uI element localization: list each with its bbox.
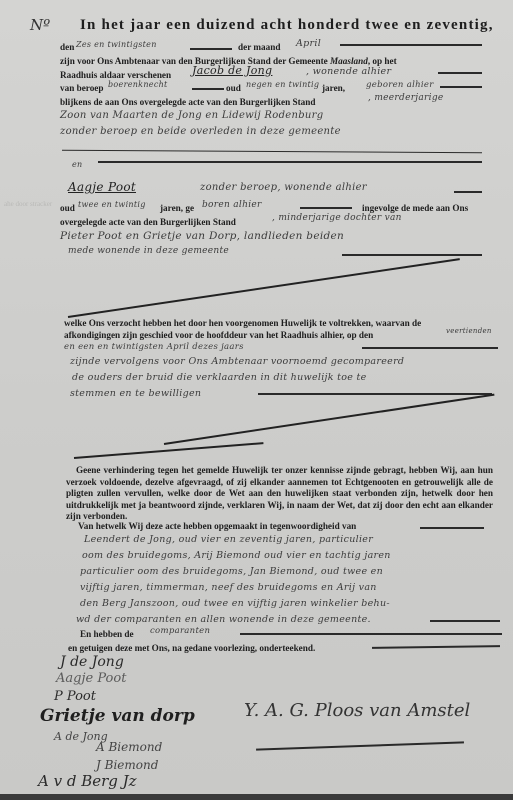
bride-age-label: oud <box>60 203 75 214</box>
fill-rule <box>430 620 500 622</box>
age-label: oud <box>226 83 241 94</box>
bride-name: Aagje Poot <box>68 180 136 194</box>
bride-years-label: jaren, ge <box>160 203 194 214</box>
day-label: den <box>60 42 74 53</box>
witness-line-3: particulier oom des bruidegoms, Jan Biem… <box>80 566 383 577</box>
groom-birthplace: geboren alhier <box>366 80 434 90</box>
request-line-2: afkondigingen zijn geschied voor de hoof… <box>64 330 373 341</box>
groom-name: Jacob de Jong <box>192 64 272 77</box>
signature-witness-2: A Biemond <box>96 740 162 754</box>
signature-underline <box>256 741 464 750</box>
bride-birthplace: boren alhier <box>202 200 262 210</box>
fill-rule <box>98 161 482 163</box>
fill-rule <box>454 191 482 193</box>
blank-strike-line <box>164 394 495 445</box>
groom-age: negen en twintig <box>246 80 319 89</box>
closing-line-1: En hebben de <box>80 629 134 640</box>
document-page: ahe door stracker Nº In het jaar een dui… <box>0 0 513 800</box>
groom-parents: Zoon van Maarten de Jong en Lidewij Rode… <box>60 110 323 121</box>
witness-line-4: vijftig jaren, timmerman, neef des bruid… <box>80 582 377 593</box>
fill-rule <box>190 48 232 50</box>
closing-comparants: comparanten <box>150 626 210 636</box>
witness-line-6: wd der comparanten en allen wonende in d… <box>76 614 371 625</box>
signature-registrar: Y. A. G. Ploos van Amstel <box>244 700 470 721</box>
announcement-date-a: veertienden <box>446 327 492 335</box>
fill-rule <box>362 347 498 349</box>
occupation-label: van beroep <box>60 83 103 94</box>
closing-line-2: en getuigen deze met Ons, na gedane voor… <box>68 643 315 654</box>
declaration-text: Geene verhindering tegen het gemelde Huw… <box>66 465 493 523</box>
opening-line: In het jaar een duizend acht honderd twe… <box>80 20 494 31</box>
fill-rule <box>340 44 482 46</box>
years-label: jaren, <box>322 83 345 94</box>
witness-line-2: oom des bruidegoms, Arij Biemond oud vie… <box>82 550 391 561</box>
signature-bride: Aagje Poot <box>56 671 126 686</box>
fill-rule <box>258 393 492 395</box>
groom-occupation: boerenknecht <box>108 80 168 89</box>
bleed-through-text: ahe door stracker <box>4 200 64 209</box>
groom-status: , meerderjarige <box>368 93 444 103</box>
day-value: Zes en twintigsten <box>76 40 157 49</box>
month-value: April <box>296 38 321 49</box>
groom-residence: , wonende alhier <box>306 66 391 77</box>
request-note-1: zijnde vervolgens voor Ons Ambtenaar voo… <box>70 356 404 367</box>
request-note-3: stemmen en te bewilligen <box>70 388 201 399</box>
gemeente-name: Maasland <box>330 56 368 66</box>
official-line-end: , op het <box>368 56 397 66</box>
announcement-date-b: en een en twintigsten April dezes jaars <box>64 342 244 352</box>
signature-witness-3: J Biemond <box>96 758 158 772</box>
certificate-line: blijkens de aan Ons overgelegde acte van… <box>60 97 315 108</box>
record-number-mark: Nº <box>30 16 50 34</box>
signature-father-bride: P Poot <box>54 689 96 704</box>
blank-strike-line <box>68 258 460 318</box>
fill-rule <box>192 88 224 90</box>
witness-line-5: den Berg Janszoon, oud twee en vijftig j… <box>80 598 390 609</box>
bride-details: zonder beroep, wonende alhier <box>200 182 367 193</box>
request-line-1: welke Ons verzocht hebben het door hen v… <box>64 318 421 329</box>
fill-rule <box>420 527 484 529</box>
fill-rule <box>240 633 502 635</box>
signature-groom: J de Jong <box>60 654 124 670</box>
bride-parents-note: mede wonende in deze gemeente <box>68 246 229 256</box>
scan-edge <box>0 794 513 800</box>
witness-line-1: Leendert de Jong, oud vier en zeventig j… <box>84 534 373 545</box>
signature-witness-4: A v d Berg Jz <box>38 772 137 790</box>
fill-rule <box>440 86 482 88</box>
blank-strike-line <box>74 442 264 459</box>
bride-status: , minderjarige dochter van <box>272 213 402 223</box>
month-label: der maand <box>238 42 280 53</box>
groom-parents-note: zonder beroep en beide overleden in deze… <box>60 126 341 137</box>
bride-parents: Pieter Poot en Grietje van Dorp, landlie… <box>60 230 344 242</box>
bride-certificate-line: overgelegde acte van den Burgerlijken St… <box>60 217 236 228</box>
witnesses-intro: Van hetwelk Wij deze acte hebben opgemaa… <box>78 521 356 532</box>
fill-rule <box>342 254 482 256</box>
fill-rule <box>372 645 500 648</box>
and-label: en <box>72 160 83 169</box>
signature-mother-bride: Grietje van dorp <box>40 706 195 726</box>
closing-rule <box>62 150 482 154</box>
fill-rule <box>438 72 482 74</box>
fill-rule <box>300 207 352 209</box>
request-note-2: de ouders der bruid die verklaarden in d… <box>72 372 367 383</box>
bride-age: twee en twintig <box>78 200 146 209</box>
